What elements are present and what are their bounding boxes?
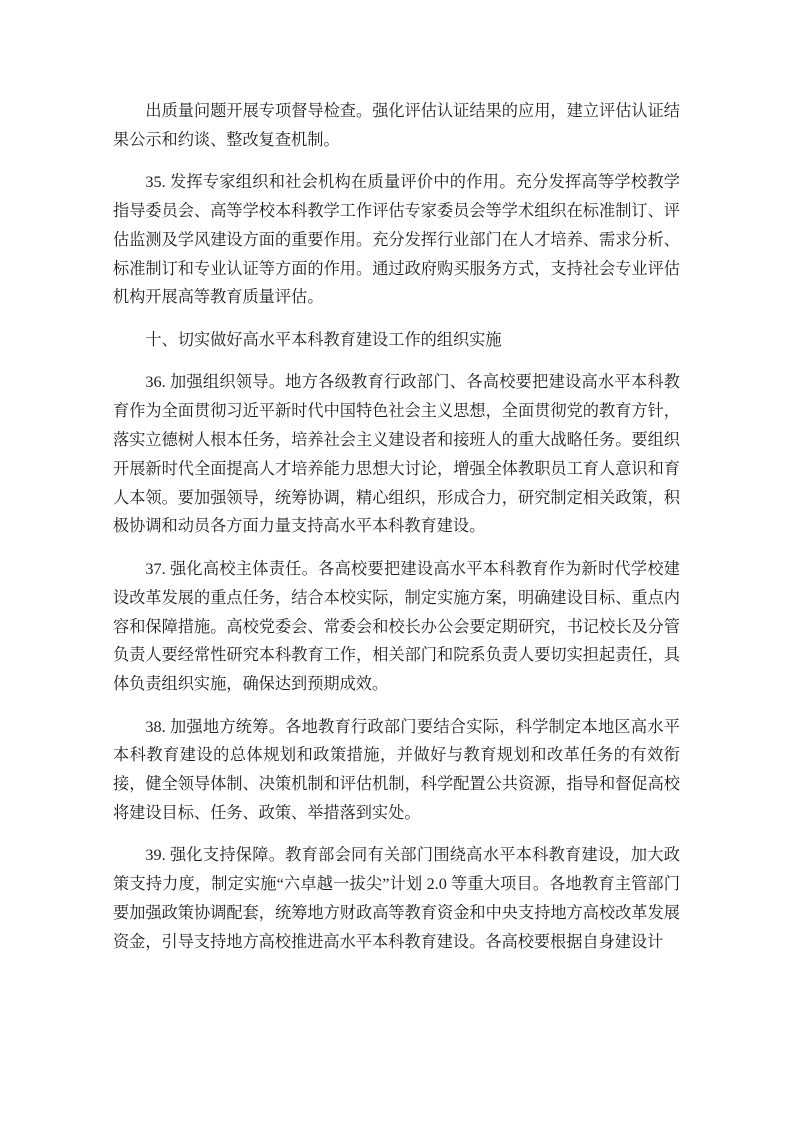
paragraph-37: 37. 强化高校主体责任。各高校要把建设高水平本科教育作为新时代学校建设改革发展… <box>113 555 680 699</box>
paragraph-36: 36. 加强组织领导。地方各级教育行政部门、各高校要把建设高水平本科教育作为全面… <box>113 368 680 541</box>
paragraph-35: 35. 发挥专家组织和社会机构在质量评价中的作用。充分发挥高等学校教学指导委员会… <box>113 168 680 312</box>
document-page: 出质量问题开展专项督导检查。强化评估认证结果的应用，建立评估认证结果公示和约谈、… <box>0 0 793 1122</box>
paragraph-38: 38. 加强地方统筹。各地教育行政部门要结合实际，科学制定本地区高水平本科教育建… <box>113 713 680 828</box>
section-heading-10: 十、切实做好高水平本科教育建设工作的组织实施 <box>113 326 680 355</box>
paragraph-continued: 出质量问题开展专项督导检查。强化评估认证结果的应用，建立评估认证结果公示和约谈、… <box>113 97 680 155</box>
document-body: 出质量问题开展专项督导检查。强化评估认证结果的应用，建立评估认证结果公示和约谈、… <box>113 97 680 957</box>
paragraph-39: 39. 强化支持保障。教育部会同有关部门围绕高水平本科教育建设，加大政策支持力度… <box>113 841 680 956</box>
